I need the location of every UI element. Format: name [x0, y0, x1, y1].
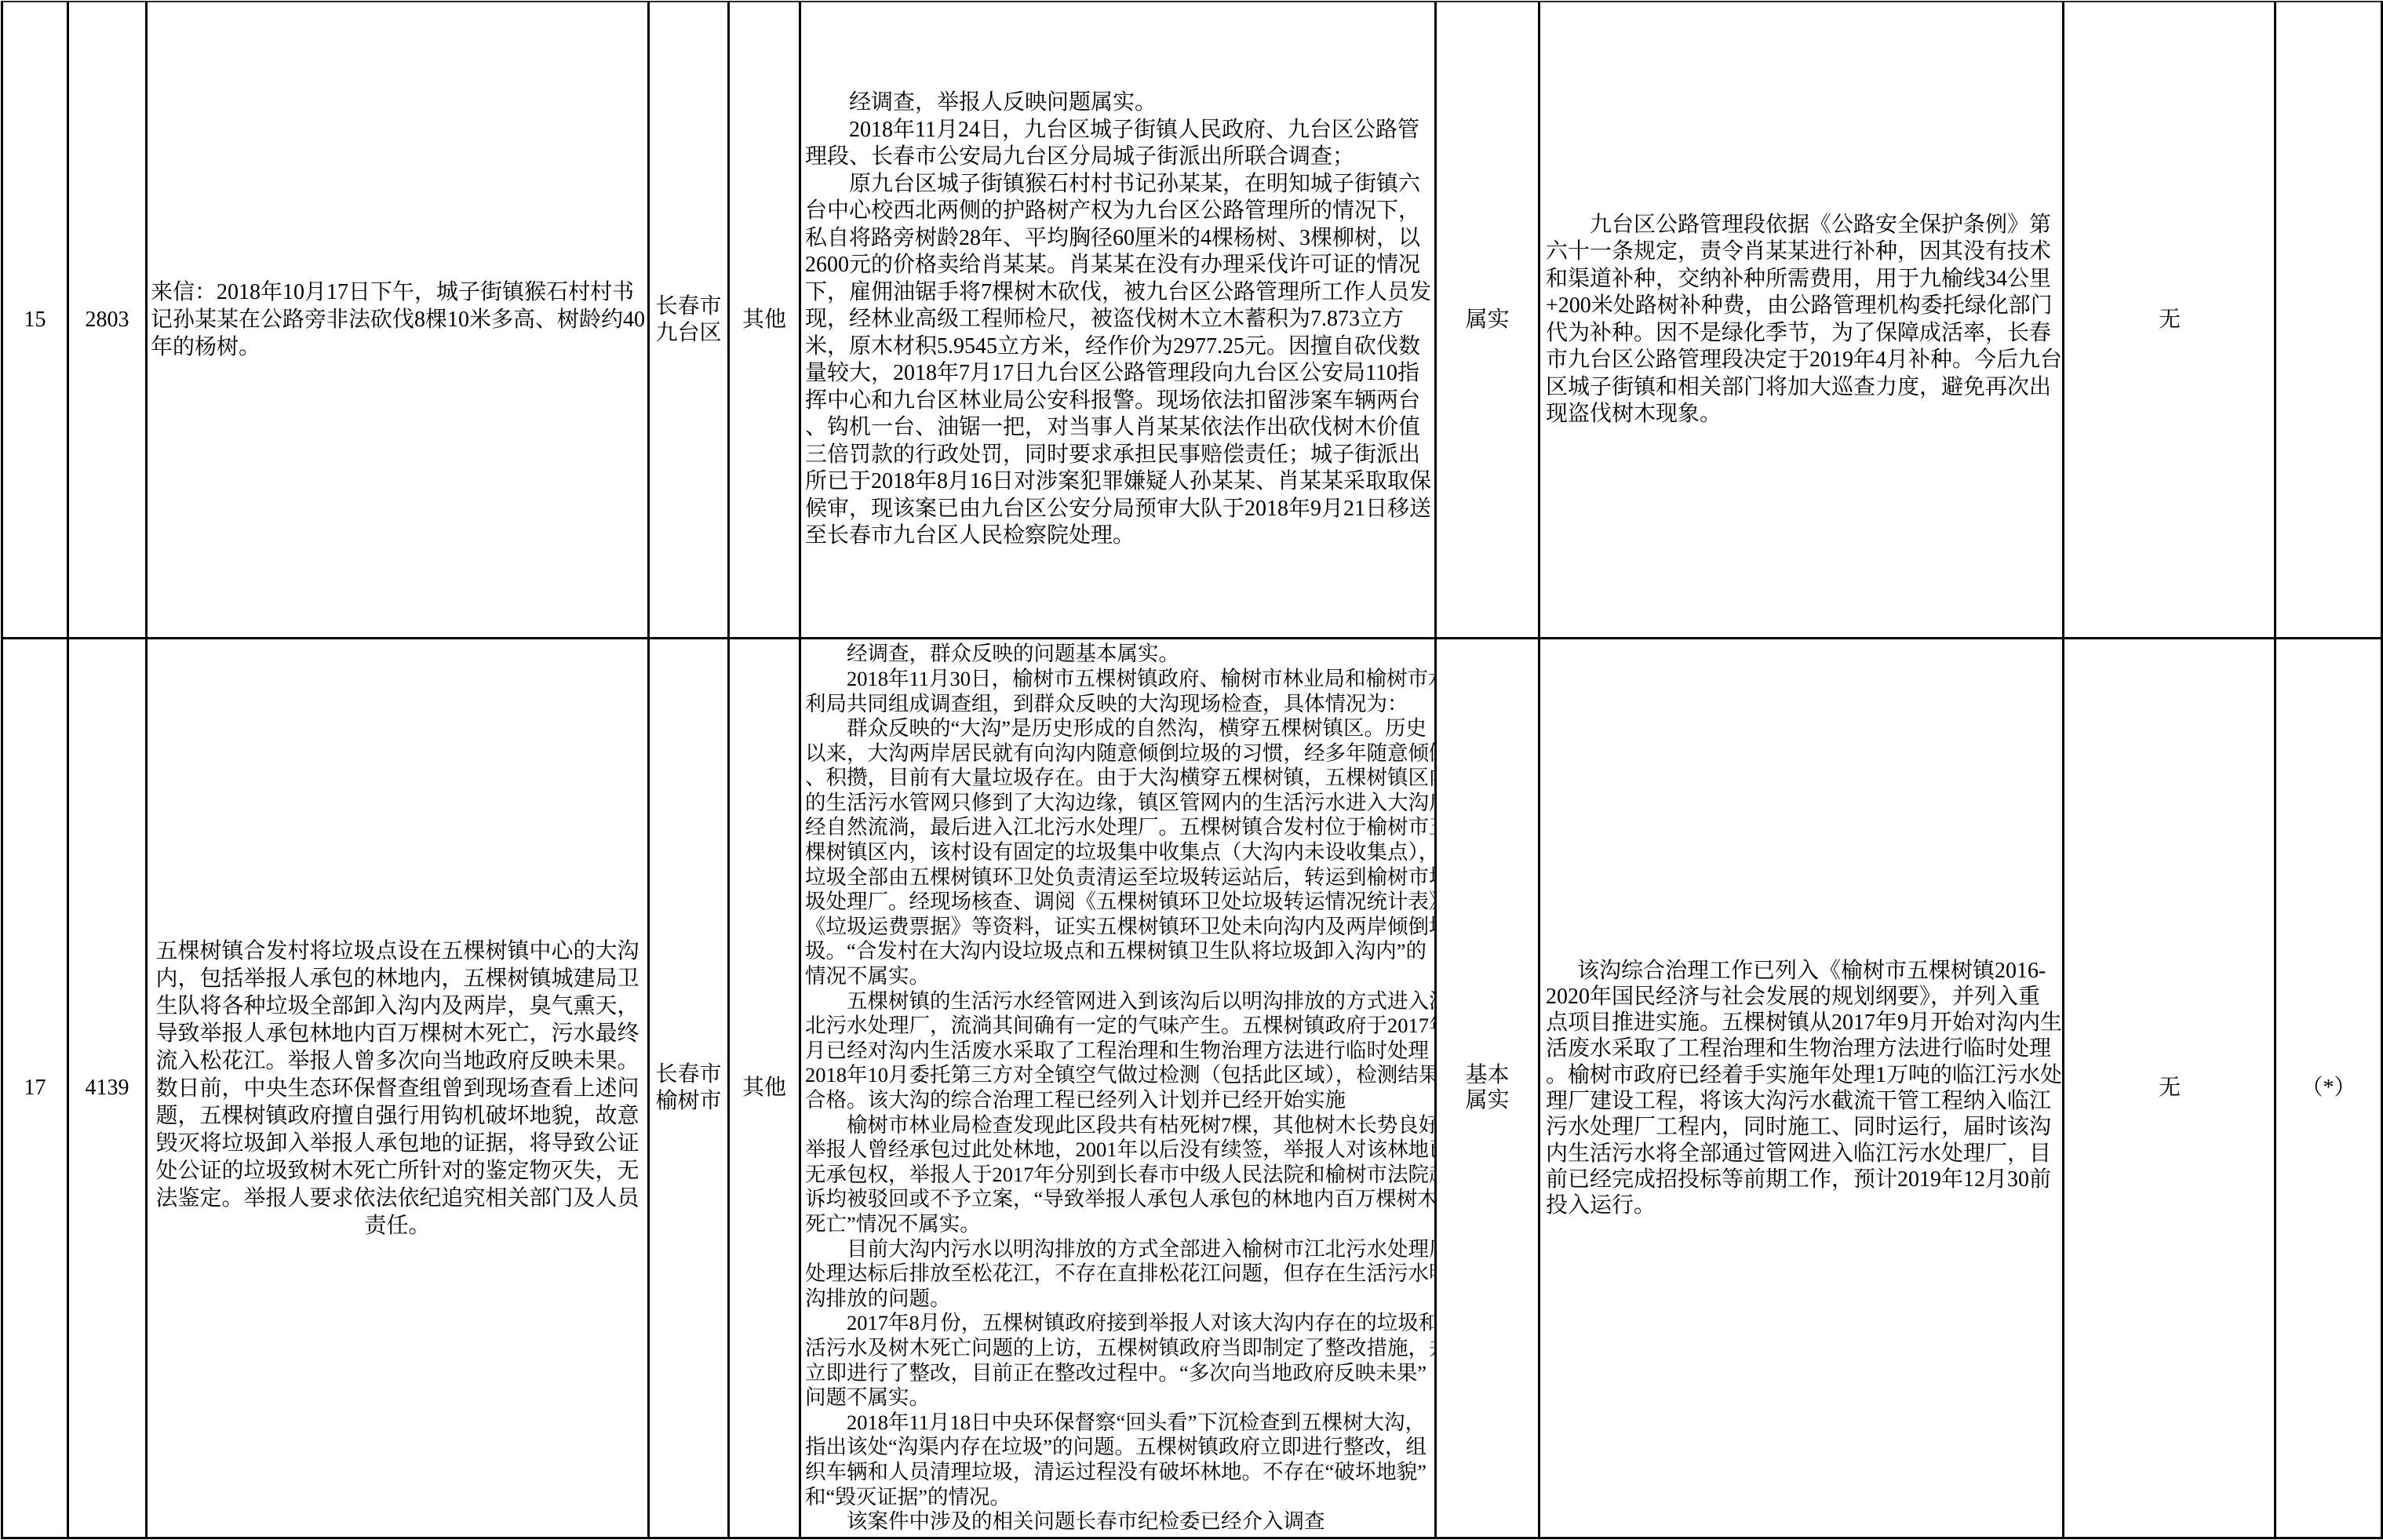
paragraph: 来信：2018年10月17日下午，城子街镇猴石村村书记孙某某在公路旁非法砍伐8棵… [151, 279, 647, 361]
text-line: 五棵树镇合发村将垃圾点设在五棵树镇中心的大沟 [148, 937, 647, 965]
cell-investigation: 经调查，举报人反映问题属实。2018年11月24日，九台区城子街镇人民政府、九台… [799, 1, 1437, 639]
paragraph: 2017年8月份，五棵树镇政府接到举报人对该大沟内存在的垃圾和生活污水及树木死亡… [805, 1311, 1434, 1410]
cell-category: 其他 [727, 637, 801, 1539]
paragraph: 2018年11月30日，榆树市五棵树镇政府、榆树市林业局和榆树市水利局共同组成调… [805, 667, 1434, 716]
cell-handling: 九台区公路管理段依据《公路安全保护条例》第六十一条规定，责令肖某某进行补种，因其… [1538, 1, 2064, 639]
investigation-text: 经调查，群众反映的问题基本属实。2018年11月30日，榆树市五棵树镇政府、榆树… [801, 642, 1434, 1534]
paragraph: 该沟综合治理工作已列入《榆树市五棵树镇2016-2020年国民经济与社会发展的规… [1546, 958, 2062, 1219]
text-line: 立即进行了整改，目前正在整改过程中。“多次向当地政府反映未果” [805, 1361, 1434, 1386]
text-line: 2020年国民经济与社会发展的规划纲要》，并列入重 [1546, 984, 2062, 1010]
text-line: 、积攒，目前有大量垃圾存在。由于大沟横穿五棵树镇，五棵树镇区内 [805, 766, 1434, 791]
text-line: 《垃圾运费票据》等资料，证实五棵树镇环卫处未向沟内及两岸倾倒垃 [805, 915, 1434, 940]
text-line: 现，经林业高级工程师检尺，被盗伐树木立木蓄积为7.873立方 [805, 306, 1434, 333]
paragraph: 2018年11月24日，九台区城子街镇人民政府、九台区公路管理段、长春市公安局九… [805, 117, 1434, 171]
text-line: +200米处路树补种费，由公路管理机构委托绿化部门 [1546, 293, 2062, 320]
category: 其他 [742, 1075, 786, 1101]
investigation-text: 经调查，举报人反映问题属实。2018年11月24日，九台区城子街镇人民政府、九台… [801, 89, 1434, 550]
text-line: 下，雇佣油锯手将7棵树木砍伐，被九台区公路管理所工作人员发 [805, 279, 1434, 307]
text-line: 。榆树市政府已经着手实施年处理1万吨的临江污水处 [1546, 1062, 2062, 1088]
paragraph: 九台区公路管理段依据《公路安全保护条例》第六十一条规定，责令肖某某进行补种，因其… [1546, 212, 2062, 428]
text-line: 活废水采取了工程治理和生物治理方法进行临时处理 [1546, 1036, 2062, 1061]
region-text: 长春市榆树市 [655, 1061, 721, 1115]
text-line: 目前大沟内污水以明沟排放的方式全部进入榆树市江北污水处理厂 [805, 1237, 1434, 1262]
table-row: 15 2803 来信：2018年10月17日下午，城子街镇猴石村村书记孙某某在公… [0, 1, 2383, 639]
cell-complaint: 五棵树镇合发村将垃圾点设在五棵树镇中心的大沟内，包括举报人承包的林地内，五棵树镇… [145, 637, 650, 1539]
text-line: 合格。该大沟的综合治理工程已经列入计划并已经开始实施 [805, 1088, 1434, 1113]
text-line: 的生活污水管网只修到了大沟边缘，镇区管网内的生活污水进入大沟后 [805, 791, 1434, 816]
text-line: 内生活污水将全部通过管网进入临江污水处理厂，目 [1546, 1141, 2062, 1167]
handling-text: 九台区公路管理段依据《公路安全保护条例》第六十一条规定，责令肖某某进行补种，因其… [1540, 212, 2062, 428]
text-line: 该案件中涉及的相关问题长春市纪检委已经介入调查 [805, 1509, 1434, 1535]
text-line: 前已经完成招投标等前期工作，预计2019年12月30前 [1546, 1167, 2062, 1192]
text-line: 沟排放的问题。 [805, 1287, 1434, 1312]
accountability: 无 [2159, 307, 2181, 333]
text-line: 经调查，群众反映的问题基本属实。 [805, 642, 1434, 667]
text-line: 织车辆和人员清理垃圾，清运过程没有破坏林地。不存在“破坏地貌” [805, 1460, 1434, 1485]
text-line: 至长春市九台区人民检察院处理。 [805, 522, 1434, 550]
text-line: 所已于2018年8月16日对涉案犯罪嫌疑人孙某某、肖某某采取取保 [805, 468, 1434, 496]
cell-remark [2274, 1, 2383, 639]
text-line: 米，原木材积5.9545立方米，经作价为2977.25元。因擅自砍伐数 [805, 333, 1434, 361]
text-line: 死亡”情况不属实。 [805, 1212, 1434, 1237]
paragraph: 经调查，举报人反映问题属实。 [805, 89, 1434, 117]
verdict-text: 属实 [1465, 307, 1509, 333]
text-line: 2018年11月18日中央环保督察“回头看”下沉检查到五棵树大沟， [805, 1411, 1434, 1436]
text-line: 题，五棵树镇政府擅自强行用钩机破坏地貌，故意 [148, 1102, 647, 1130]
text-line: 三倍罚款的行政处罚，同时要求承担民事赔偿责任；城子街派出 [805, 442, 1434, 469]
text-line: 责任。 [148, 1212, 647, 1240]
paragraph: 经调查，群众反映的问题基本属实。 [805, 642, 1434, 667]
text-line: 台中心校西北两侧的护路树产权为九台区公路管理所的情况下， [805, 198, 1434, 225]
cell-handling: 该沟综合治理工作已列入《榆树市五棵树镇2016-2020年国民经济与社会发展的规… [1538, 637, 2064, 1539]
region-text: 长春市九台区 [655, 293, 721, 347]
paragraph: 榆树市林业局检查发现此区段共有枯死树7棵，其他树木长势良好。举报人曾经承包过此处… [805, 1113, 1434, 1237]
text-line: 现盗伐树木现象。 [1546, 401, 2062, 428]
case-id: 2803 [86, 307, 129, 333]
paragraph: 五棵树镇的生活污水经管网进入到该沟后以明沟排放的方式进入江北污水处理厂，流淌其间… [805, 989, 1434, 1113]
text-line: 问题不属实。 [805, 1385, 1434, 1411]
text-line: 北污水处理厂，流淌其间确有一定的气味产生。五棵树镇政府于2017年9 [805, 1014, 1434, 1039]
text-line: 年的杨树。 [151, 333, 647, 361]
text-line: 记孙某某在公路旁非法砍伐8棵10米多高、树龄约40 [151, 306, 647, 333]
text-line: 垃圾全部由五棵树镇环卫处负责清运至垃圾转运站后，转运到榆树市垃 [805, 865, 1434, 890]
cell-accountability: 无 [2062, 637, 2277, 1539]
text-line: 和渠道补种，交纳补种所需费用，用于九榆线34公里 [1546, 266, 2062, 293]
text-line: 和“毁灭证据”的情况。 [805, 1485, 1434, 1510]
text-line: 棵树镇区内，该村设有固定的垃圾集中收集点（大沟内未设收集点）， [805, 840, 1434, 865]
text-line: 长春市 [655, 293, 721, 320]
text-line: 导致举报人承包林地内百万棵树木死亡，污水最终 [148, 1020, 647, 1047]
paragraph: 五棵树镇合发村将垃圾点设在五棵树镇中心的大沟内，包括举报人承包的林地内，五棵树镇… [148, 937, 647, 1240]
text-line: 情况不属实。 [805, 964, 1434, 989]
cell-investigation: 经调查，群众反映的问题基本属实。2018年11月30日，榆树市五棵树镇政府、榆树… [799, 637, 1437, 1539]
verdict-text: 基本属实 [1465, 1063, 1509, 1113]
text-line: 市九台区公路管理段决定于2019年4月补种。今后九台 [1546, 347, 2062, 374]
text-line: 以来，大沟两岸居民就有向沟内随意倾倒垃圾的习惯，经多年随意倾倒 [805, 741, 1434, 766]
text-line: 2017年8月份，五棵树镇政府接到举报人对该大沟内存在的垃圾和生 [805, 1311, 1434, 1336]
text-line: 2018年10月委托第三方对全镇空气做过检测（包括此区域），检测结果 [805, 1063, 1434, 1088]
text-line: 榆树市林业局检查发现此区段共有枯死树7棵，其他树木长势良好。 [805, 1113, 1434, 1138]
text-line: 理厂建设工程，将该大沟污水截流干管工程纳入临江 [1546, 1088, 2062, 1114]
text-line: 九台区 [655, 320, 721, 347]
serial-number: 15 [24, 307, 46, 333]
complaint-text: 五棵树镇合发村将垃圾点设在五棵树镇中心的大沟内，包括举报人承包的林地内，五棵树镇… [148, 937, 647, 1240]
text-line: 、钩机一台、油锯一把，对当事人肖某某依法作出砍伐树木价值 [805, 414, 1434, 442]
text-line: 候审，现该案已由九台区公安分局预审大队于2018年9月21日移送 [805, 496, 1434, 523]
text-line: 原九台区城子街镇猴石村村书记孙某某，在明知城子街镇六 [805, 171, 1434, 198]
text-line: 污水处理厂工程内，同时施工、同时运行，届时该沟 [1546, 1114, 2062, 1140]
text-line: 挥中心和九台区林业局公安科报警。现场依法扣留涉案车辆两台 [805, 388, 1434, 415]
text-line: 基本 [1465, 1063, 1509, 1088]
text-line: 代为补种。因不是绿化季节，为了保障成活率，长春 [1546, 320, 2062, 348]
text-line: 六十一条规定，责令肖某某进行补种，因其没有技术 [1546, 238, 2062, 266]
text-line: 圾。“合发村在大沟内设垃圾点和五棵树镇卫生队将垃圾卸入沟内”的 [805, 939, 1434, 964]
category: 其他 [742, 307, 786, 333]
table-row: 17 4139 五棵树镇合发村将垃圾点设在五棵树镇中心的大沟内，包括举报人承包的… [0, 637, 2383, 1539]
text-line: 诉均被驳回或不予立案，“导致举报人承包人承包的林地内百万棵树木 [805, 1187, 1434, 1212]
text-line: 量较大，2018年7月17日九台区公路管理段向九台区公安局110指 [805, 360, 1434, 388]
handling-text: 该沟综合治理工作已列入《榆树市五棵树镇2016-2020年国民经济与社会发展的规… [1540, 958, 2062, 1219]
text-line: 生队将各种垃圾全部卸入沟内及两岸，臭气熏天， [148, 992, 647, 1020]
cell-remark: （*） [2274, 637, 2383, 1539]
text-line: 来信：2018年10月17日下午，城子街镇猴石村村书 [151, 279, 647, 306]
cell-serial-number: 15 [1, 1, 69, 639]
serial-number: 17 [24, 1075, 46, 1101]
paragraph: 2018年11月18日中央环保督察“回头看”下沉检查到五棵树大沟，指出该处“沟渠… [805, 1411, 1434, 1509]
text-line: 经自然流淌，最后进入江北污水处理厂。五棵树镇合发村位于榆树市五 [805, 815, 1434, 840]
cell-category: 其他 [727, 1, 801, 639]
paragraph: 群众反映的“大沟”是历史形成的自然沟，横穿五棵树镇区。历史以来，大沟两岸居民就有… [805, 716, 1434, 989]
text-line: 毁灭将垃圾卸入举报人承包地的证据，将导致公证 [148, 1130, 647, 1157]
complaint-case-table: 15 2803 来信：2018年10月17日下午，城子街镇猴石村村书记孙某某在公… [0, 0, 2383, 1540]
text-line: 属实 [1465, 1088, 1509, 1113]
text-line: 九台区公路管理段依据《公路安全保护条例》第 [1546, 212, 2062, 239]
text-line: 经调查，举报人反映问题属实。 [805, 89, 1434, 117]
text-line: 法鉴定。举报人要求依法依纪追究相关部门及人员 [148, 1185, 647, 1212]
complaint-text: 来信：2018年10月17日下午，城子街镇猴石村村书记孙某某在公路旁非法砍伐8棵… [148, 279, 647, 361]
text-line: 举报人曾经承包过此处林地，2001年以后没有续签，举报人对该林地已 [805, 1138, 1434, 1163]
cell-case-id: 2803 [67, 1, 148, 639]
cell-complaint: 来信：2018年10月17日下午，城子街镇猴石村村书记孙某某在公路旁非法砍伐8棵… [145, 1, 650, 639]
text-line: 点项目推进实施。五棵树镇从2017年9月开始对沟内生 [1546, 1010, 2062, 1036]
text-line: 2018年11月30日，榆树市五棵树镇政府、榆树市林业局和榆树市水 [805, 667, 1434, 692]
text-line: 处理达标后排放至松花江，不存在直排松花江问题，但存在生活污水明 [805, 1261, 1434, 1287]
paragraph: 原九台区城子街镇猴石村村书记孙某某，在明知城子街镇六台中心校西北两侧的护路树产权… [805, 171, 1434, 550]
cell-case-id: 4139 [67, 637, 148, 1539]
text-line: 内，包括举报人承包的林地内，五棵树镇城建局卫 [148, 965, 647, 992]
accountability: 无 [2159, 1075, 2181, 1101]
text-line: 数日前，中央生态环保督查组曾到现场查看上述问 [148, 1075, 647, 1102]
text-line: 理段、长春市公安局九台区分局城子街派出所联合调查； [805, 144, 1434, 171]
text-line: 长春市 [655, 1061, 721, 1088]
text-line: 该沟综合治理工作已列入《榆树市五棵树镇2016- [1546, 958, 2062, 984]
paragraph: 目前大沟内污水以明沟排放的方式全部进入榆树市江北污水处理厂处理达标后排放至松花江… [805, 1237, 1434, 1312]
text-line: 群众反映的“大沟”是历史形成的自然沟，横穿五棵树镇区。历史 [805, 716, 1434, 741]
text-line: 2018年11月24日，九台区城子街镇人民政府、九台区公路管 [805, 117, 1434, 144]
text-line: 流入松花江。举报人曾多次向当地政府反映未果。 [148, 1047, 647, 1075]
text-line: 无承包权，举报人于2017年分别到长春市中级人民法院和榆树市法院起 [805, 1163, 1434, 1188]
cell-region: 长春市九台区 [647, 1, 730, 639]
cell-verdict: 属实 [1434, 1, 1540, 639]
text-line: 处公证的垃圾致树木死亡所针对的鉴定物灭失，无 [148, 1157, 647, 1185]
text-line: 五棵树镇的生活污水经管网进入到该沟后以明沟排放的方式进入江 [805, 989, 1434, 1014]
text-line: 利局共同组成调查组，到群众反映的大沟现场检查，具体情况为： [805, 692, 1434, 717]
cell-region: 长春市榆树市 [647, 637, 730, 1539]
remark: （*） [2301, 1075, 2356, 1101]
text-line: 投入运行。 [1546, 1192, 2062, 1218]
text-line: 活污水及树木死亡问题的上访，五棵树镇政府当即制定了整改措施，并 [805, 1336, 1434, 1361]
cell-serial-number: 17 [1, 637, 69, 1539]
text-line: 私自将路旁树龄28年、平均胸径60厘米的4棵杨树、3棵柳树，以 [805, 225, 1434, 253]
text-line: 2600元的价格卖给肖某某。肖某某在没有办理采伐许可证的情况 [805, 252, 1434, 279]
text-line: 月已经对沟内生活废水采取了工程治理和生物治理方法进行临时处理 [805, 1039, 1434, 1064]
case-id: 4139 [86, 1075, 129, 1101]
text-line: 榆树市 [655, 1088, 721, 1115]
text-line: 指出该处“沟渠内存在垃圾”的问题。五棵树镇政府立即进行整改，组 [805, 1435, 1434, 1460]
text-line: 区城子街镇和相关部门将加大巡查力度，避免再次出 [1546, 374, 2062, 402]
text-line: 圾处理厂。经现场核查、调阅《五棵树镇环卫处垃圾转运情况统计表》 [805, 890, 1434, 915]
cell-accountability: 无 [2062, 1, 2277, 639]
cell-verdict: 基本属实 [1434, 637, 1540, 1539]
paragraph: 该案件中涉及的相关问题长春市纪检委已经介入调查 [805, 1509, 1434, 1535]
text-line: 属实 [1465, 307, 1509, 333]
